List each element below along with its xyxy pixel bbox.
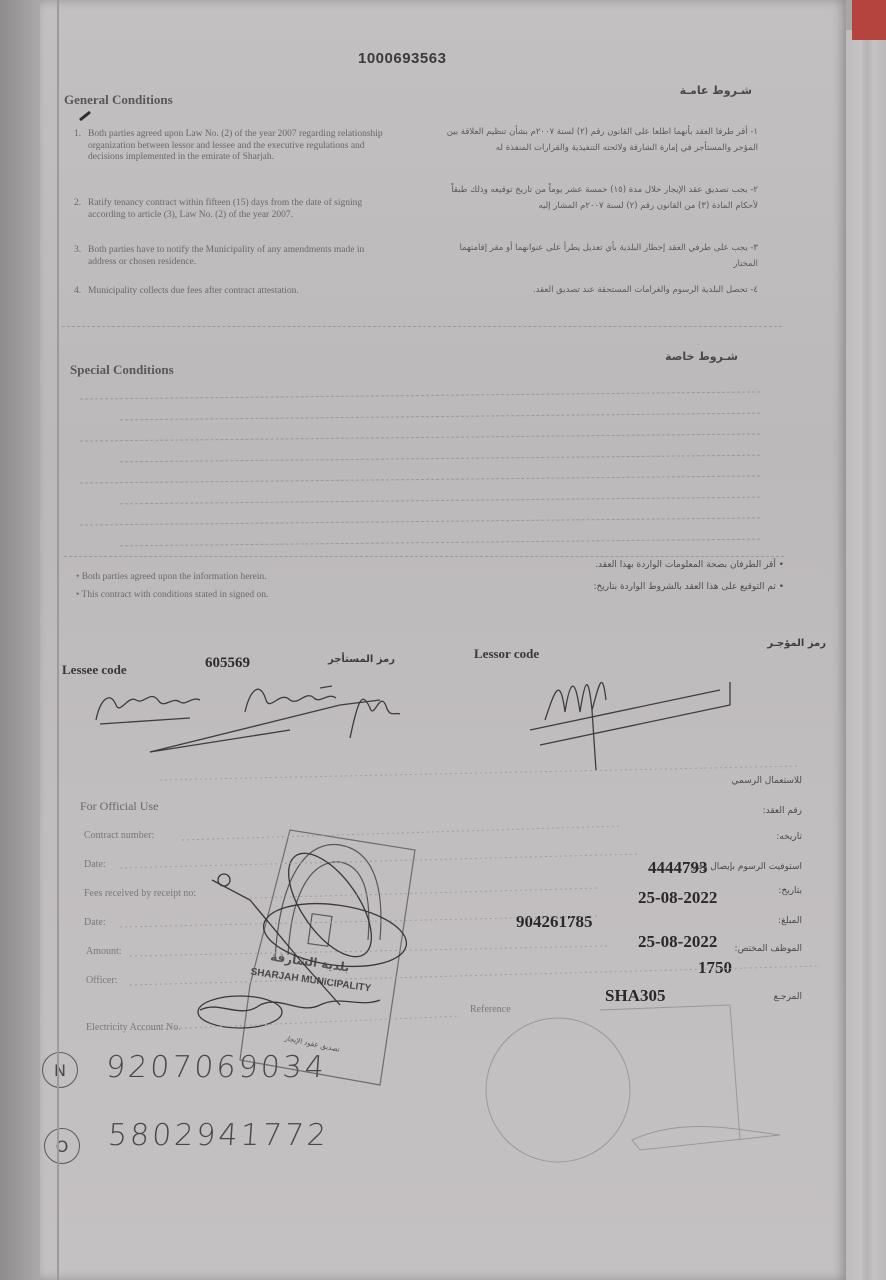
- special-condition-line: [120, 539, 760, 547]
- general-condition-en-2: 2. Ratify tenancy contract within fiftee…: [88, 198, 393, 221]
- agreement-divider: [64, 556, 784, 557]
- lessee-code-value: 605569: [205, 655, 250, 672]
- official-field-amount: Amount:: [86, 946, 122, 957]
- official-field-receipt: Fees received by receipt no:: [84, 888, 196, 899]
- general-condition-en-3: 3. Both parties have to notify the Munic…: [88, 245, 393, 268]
- general-condition-ar-1: ١- أقر طرفا العقد بأنهما اطلعا على القان…: [438, 124, 758, 156]
- official-field-ar-date: تاريخه:: [776, 832, 802, 842]
- lessee-signature: [96, 686, 400, 752]
- special-condition-line: [80, 433, 760, 441]
- official-field-ar-officer: الموظف المختص:: [735, 944, 802, 954]
- official-use-title-en: For Official Use: [80, 799, 158, 814]
- official-field-ar-contract-number: رقم العقد:: [763, 806, 802, 816]
- special-conditions-title-ar: شـروط خاصة: [665, 350, 738, 363]
- special-conditions-title-en: Special Conditions: [70, 362, 174, 378]
- official-field-officer: Officer:: [86, 975, 117, 986]
- lessor-code-label: Lessor code: [474, 646, 539, 662]
- general-conditions-title-en: General Conditions: [64, 92, 173, 108]
- lessor-code-label-ar: رمز المؤجـر: [767, 638, 826, 649]
- marker-n-circle: N: [42, 1052, 78, 1088]
- reference-label-ar: المرجـع: [774, 992, 802, 1002]
- official-field-contract-number: Contract number:: [84, 830, 154, 841]
- amount-value: 1750: [698, 958, 732, 978]
- receipt-number-value: 4444793: [648, 858, 708, 878]
- official-field-ar-receipt-date: بتاريخ:: [778, 886, 802, 896]
- lessee-code-label: Lessee code: [62, 662, 127, 678]
- officer-scribble: [198, 840, 410, 1028]
- agreement-en-1: • Both parties agreed upon the informati…: [76, 572, 267, 582]
- contract-date-value: 25-08-2022: [638, 932, 717, 952]
- general-condition-en-1: 1. Both parties agreed upon Law No. (2) …: [88, 129, 393, 164]
- section-divider: [62, 326, 782, 327]
- contract-page: 1000693563 General Conditions شـروط عامـ…: [40, 0, 846, 1280]
- marker-o-circle: O: [44, 1128, 80, 1164]
- municipality-stamp-text: SHARJAH MUNICIPALITY: [250, 967, 372, 995]
- general-condition-ar-4: ٤- تحصل البلدية الرسوم والغرامات المستحق…: [438, 282, 758, 298]
- agreement-ar-2: • تم التوقيع على هذا العقد بالشروط الوار…: [593, 582, 784, 592]
- general-condition-ar-2: ٢- يجب تصديق عقد الإيجار خلال مدة (١٥) خ…: [438, 182, 758, 214]
- official-field-ar-amount: المبلغ:: [778, 916, 802, 926]
- agreement-en-2: • This contract with conditions stated i…: [76, 590, 268, 600]
- special-condition-line: [80, 517, 760, 525]
- official-field-date: Date:: [84, 859, 106, 870]
- special-condition-line: [120, 413, 760, 421]
- special-condition-line: [80, 475, 760, 483]
- receipt-date-value: 25-08-2022: [638, 888, 717, 908]
- reference-label: Reference: [470, 1004, 511, 1015]
- electricity-account-label: Electricity Account No.: [86, 1022, 181, 1033]
- general-conditions-title-ar: شـروط عامـة: [680, 84, 752, 97]
- reference-value: SHA305: [605, 986, 665, 1006]
- official-use-title-ar: للاستعمال الرسمي: [731, 776, 802, 786]
- document-number: 1000693563: [358, 50, 446, 67]
- lessee-code-label-ar: رمز المستأجر: [328, 654, 395, 665]
- handwritten-number-n: 9207069034: [105, 1050, 328, 1085]
- red-folder-corner: [852, 0, 886, 40]
- handwritten-number-o: 5802941772: [107, 1118, 330, 1153]
- general-condition-en-4: 4. Municipality collects due fees after …: [88, 286, 393, 298]
- special-condition-line: [120, 455, 760, 463]
- agreement-ar-1: • أقر الطرفان بصحة المعلومات الواردة بهذ…: [595, 560, 784, 570]
- special-condition-line: [80, 391, 760, 399]
- general-condition-ar-3: ٣- يجب على طرفي العقد إخطار البلدية بأي …: [438, 240, 758, 272]
- contract-number-value: 904261785: [516, 912, 593, 932]
- special-condition-line: [120, 497, 760, 505]
- faint-reference-stamp: [486, 1005, 780, 1162]
- paper-stack-edge: [843, 30, 886, 1280]
- ink-mark: [80, 112, 90, 120]
- lessor-signature: [530, 682, 730, 770]
- official-field-receipt-date: Date:: [84, 917, 106, 928]
